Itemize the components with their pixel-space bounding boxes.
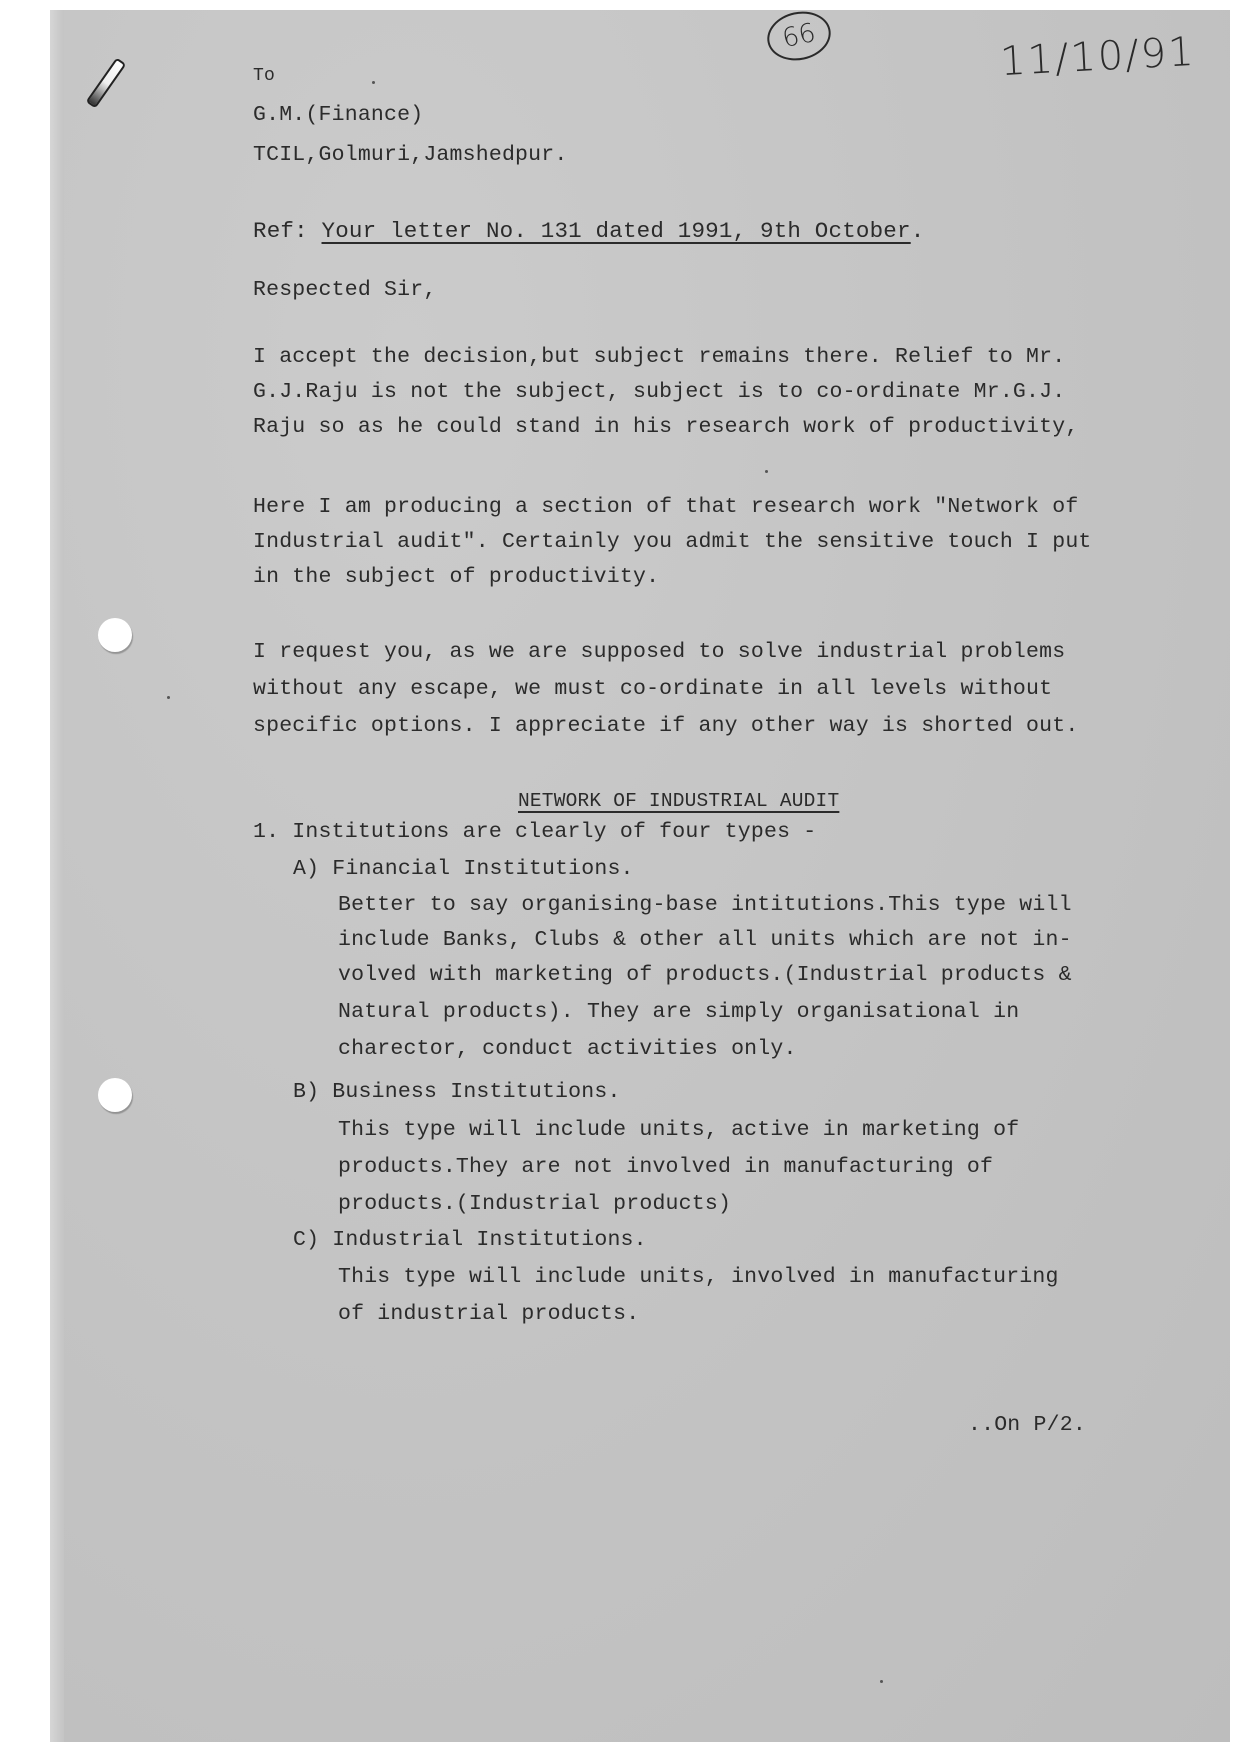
item-a-line-3: volved with marketing of products.(Indus… <box>338 963 1072 987</box>
paragraph-2-line-2: Industrial audit". Certainly you admit t… <box>253 530 1092 554</box>
item-a-line-1: Better to say organising-base intitution… <box>338 893 1072 917</box>
speck <box>765 470 768 473</box>
item-c-line-1: This type will include units, involved i… <box>338 1265 1059 1289</box>
address-recipient: G.M.(Finance) <box>253 103 423 127</box>
item-b-line-3: products.(Industrial products) <box>338 1192 731 1216</box>
paragraph-3-line-2: without any escape, we must co-ordinate … <box>253 677 1052 701</box>
item-c-label: C) Industrial Institutions. <box>293 1228 647 1252</box>
item-a-line-4: Natural products). They are simply organ… <box>338 1000 1019 1024</box>
item-b-line-1: This type will include units, active in … <box>338 1118 1019 1142</box>
speck <box>167 696 170 699</box>
punch-hole-icon <box>98 1078 132 1112</box>
paragraph-3-line-1: I request you, as we are supposed to sol… <box>253 640 1065 664</box>
item-b-line-2: products.They are not involved in manufa… <box>338 1155 993 1179</box>
speck <box>880 1680 883 1683</box>
scanned-letter-page <box>50 10 1230 1742</box>
page-edge <box>50 10 64 1742</box>
address-to: To <box>253 66 275 86</box>
item-b-label: B) Business Institutions. <box>293 1080 621 1104</box>
paragraph-3-line-3: specific options. I appreciate if any ot… <box>253 714 1078 738</box>
reference-line: Ref: Your letter No. 131 dated 1991, 9th… <box>253 218 924 244</box>
continuation-note: ..On P/2. <box>968 1413 1086 1437</box>
point-1: 1. Institutions are clearly of four type… <box>253 820 816 844</box>
item-a-line-2: include Banks, Clubs & other all units w… <box>338 928 1072 952</box>
punch-hole-icon <box>98 618 132 652</box>
paragraph-2-line-3: in the subject of productivity. <box>253 565 659 589</box>
reference-label: Ref: <box>253 218 308 244</box>
reference-end: . <box>911 218 925 244</box>
paragraph-1-line-1: I accept the decision,but subject remain… <box>253 345 1065 369</box>
section-heading: NETWORK OF INDUSTRIAL AUDIT <box>518 790 839 812</box>
reference-text: Your letter No. 131 dated 1991, 9th Octo… <box>322 218 911 244</box>
item-a-line-5: charector, conduct activities only. <box>338 1037 797 1061</box>
item-a-label: A) Financial Institutions. <box>293 857 634 881</box>
speck <box>372 81 375 84</box>
paragraph-1-line-2: G.J.Raju is not the subject, subject is … <box>253 380 1065 404</box>
address-location: TCIL,Golmuri,Jamshedpur. <box>253 143 567 167</box>
item-c-line-2: of industrial products. <box>338 1302 639 1326</box>
paragraph-2-line-1: Here I am producing a section of that re… <box>253 495 1078 519</box>
paragraph-1-line-3: Raju so as he could stand in his researc… <box>253 415 1078 439</box>
salutation: Respected Sir, <box>253 278 436 302</box>
